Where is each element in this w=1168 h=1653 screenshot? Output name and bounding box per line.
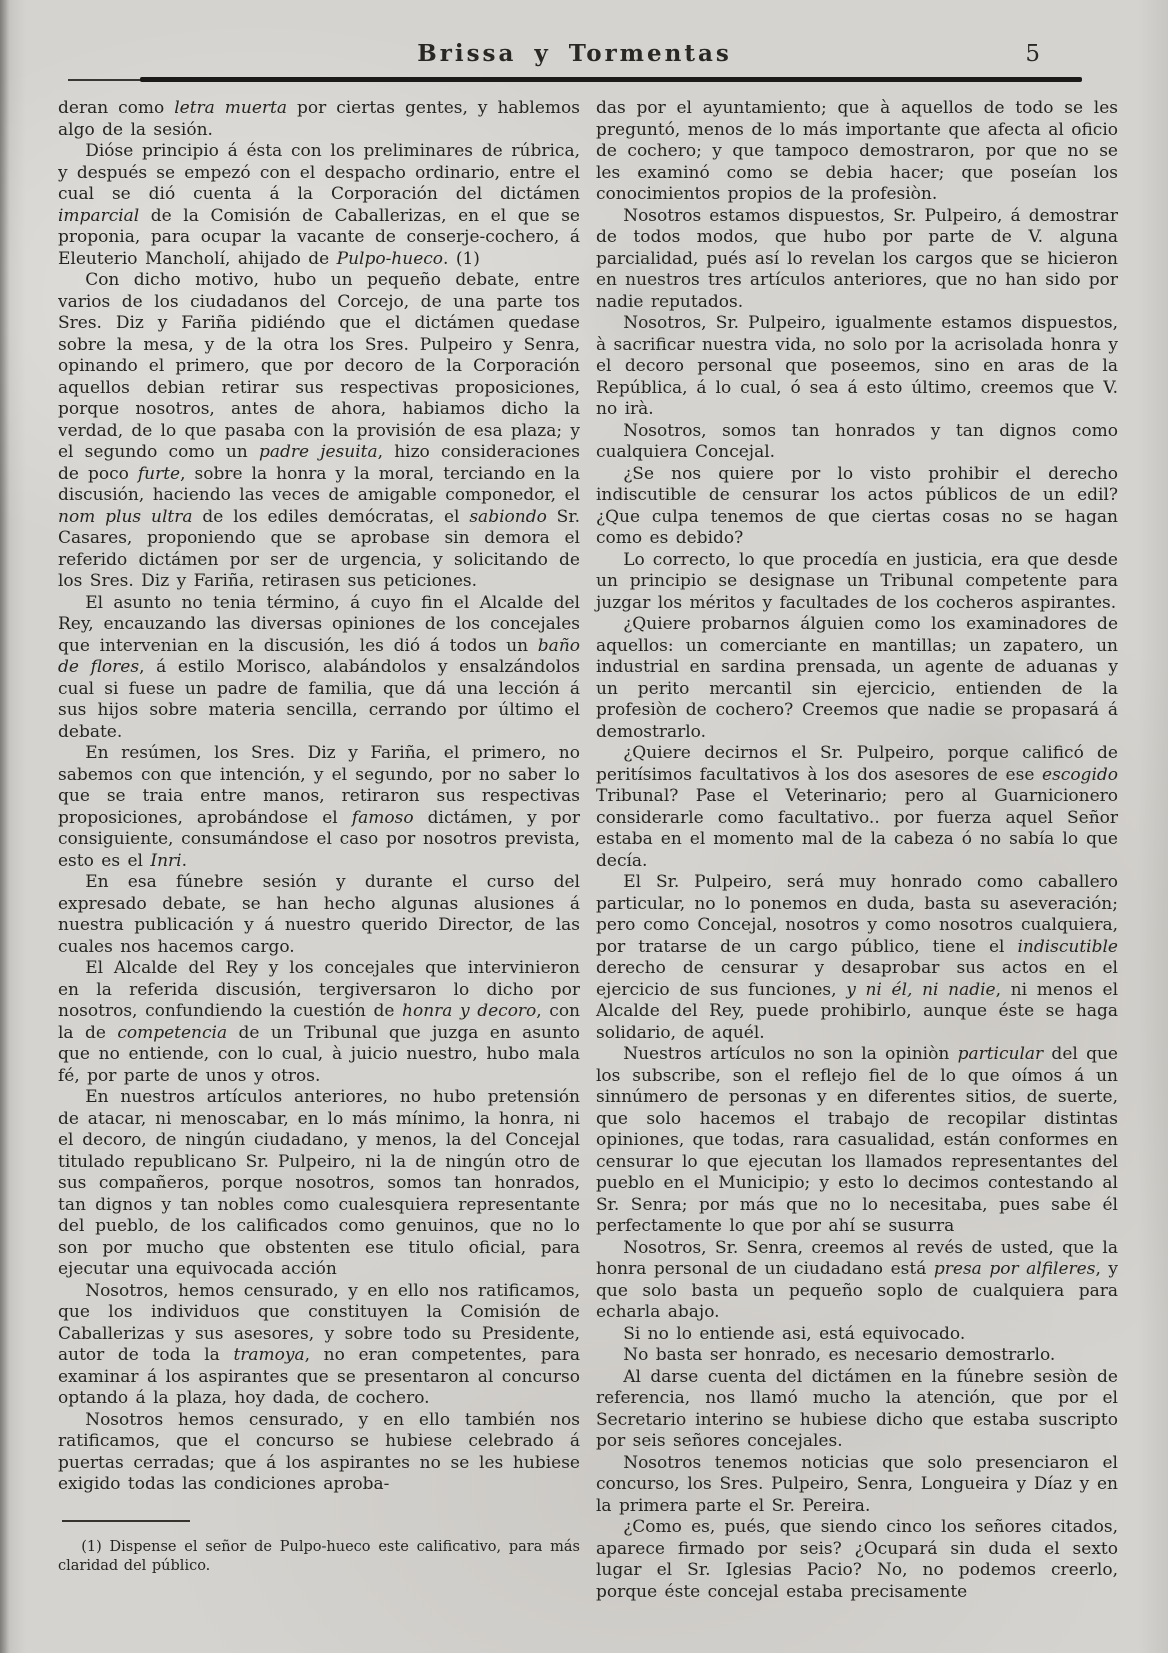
paragraph: Nosotros hemos censurado, y en ello tamb… bbox=[58, 1410, 580, 1496]
paragraph: En resúmen, los Sres. Diz y Fariña, el p… bbox=[58, 743, 580, 872]
paragraph: En esa fúnebre sesión y durante el curso… bbox=[58, 872, 580, 958]
paragraph: Nosotros tenemos noticias que solo prese… bbox=[596, 1453, 1118, 1518]
paragraph: Con dicho motivo, hubo un pequeño debate… bbox=[58, 270, 580, 593]
header-rule-thin-segment bbox=[68, 79, 148, 81]
left-column: deran como letra muerta por ciertas gent… bbox=[58, 98, 580, 1653]
paragraph: Dióse principio á ésta con los prelimina… bbox=[58, 141, 580, 270]
paragraph: El Alcalde del Rey y los concejales que … bbox=[58, 958, 580, 1087]
paragraph: ¿Se nos quiere por lo visto prohibir el … bbox=[596, 464, 1118, 550]
footnote-text: (1) Dispense el señor de Pulpo-hueco est… bbox=[58, 1538, 580, 1576]
paragraph: ¿Quiere probarnos álguien como los exami… bbox=[596, 614, 1118, 743]
right-column-text: das por el ayuntamiento; que à aquellos … bbox=[596, 98, 1118, 1603]
paragraph: En nuestros artículos anteriores, no hub… bbox=[58, 1087, 580, 1281]
scan-edge-shadow bbox=[0, 0, 10, 1653]
paragraph: deran como letra muerta por ciertas gent… bbox=[58, 98, 580, 141]
article-body: deran como letra muerta por ciertas gent… bbox=[58, 98, 1118, 1653]
paragraph: Nosotros estamos dispuestos, Sr. Pulpeir… bbox=[596, 206, 1118, 314]
paragraph: El Sr. Pulpeiro, será muy honrado como c… bbox=[596, 872, 1118, 1044]
page-header: Brissa y Tormentas 5 bbox=[0, 40, 1168, 74]
footnote: (1) Dispense el señor de Pulpo-hueco est… bbox=[58, 1538, 580, 1576]
header-rule-thick-segment bbox=[140, 77, 1082, 82]
paragraph: Nosotros, hemos censurado, y en ello nos… bbox=[58, 1281, 580, 1410]
header-rule bbox=[0, 76, 1168, 84]
paragraph: ¿Como es, pués, que siendo cinco los señ… bbox=[596, 1517, 1118, 1603]
paragraph: Si no lo entiende asi, está equivocado. bbox=[596, 1324, 1118, 1346]
paragraph: El asunto no tenia término, á cuyo fin e… bbox=[58, 593, 580, 744]
paragraph: No basta ser honrado, es necesario demos… bbox=[596, 1345, 1118, 1367]
newspaper-page: Brissa y Tormentas 5 deran como letra mu… bbox=[0, 0, 1168, 1653]
paragraph: Nosotros, Sr. Senra, creemos al revés de… bbox=[596, 1238, 1118, 1324]
paragraph: Nosotros, somos tan honrados y tan digno… bbox=[596, 421, 1118, 464]
paragraph: Nuestros artículos no son la opiniòn par… bbox=[596, 1044, 1118, 1238]
paragraph: ¿Quiere decirnos el Sr. Pulpeiro, porque… bbox=[596, 743, 1118, 872]
left-column-text: deran como letra muerta por ciertas gent… bbox=[58, 98, 580, 1496]
page-number: 5 bbox=[1025, 41, 1040, 67]
publication-title: Brissa y Tormentas bbox=[417, 40, 732, 67]
footnote-divider bbox=[62, 1520, 190, 1522]
paragraph: Lo correcto, lo que procedía en justicia… bbox=[596, 550, 1118, 615]
paragraph: das por el ayuntamiento; que à aquellos … bbox=[596, 98, 1118, 206]
right-column: das por el ayuntamiento; que à aquellos … bbox=[596, 98, 1118, 1653]
paragraph: Al darse cuenta del dictámen en la fúneb… bbox=[596, 1367, 1118, 1453]
paragraph: Nosotros, Sr. Pulpeiro, igualmente estam… bbox=[596, 313, 1118, 421]
